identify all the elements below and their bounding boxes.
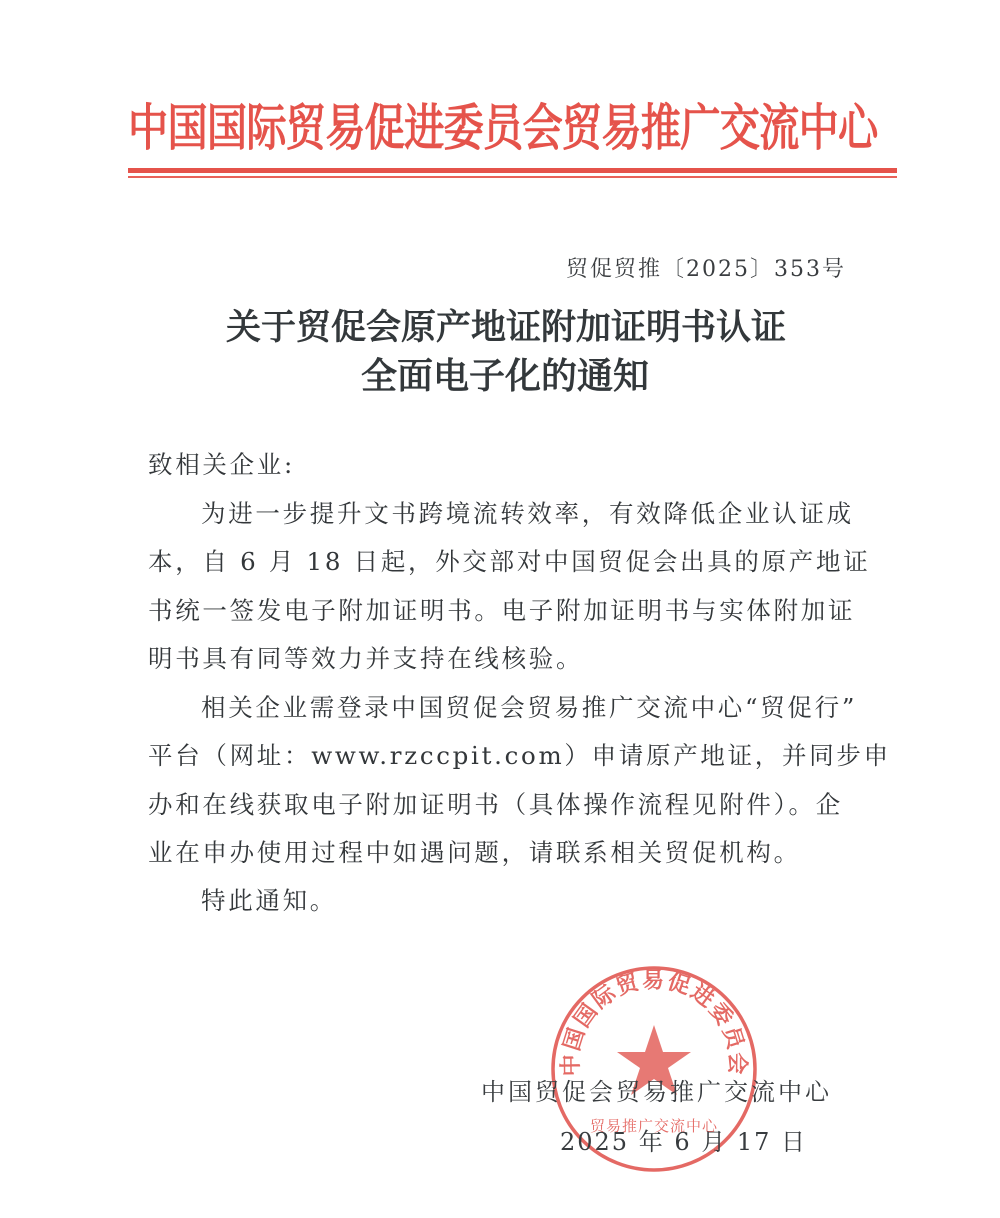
masthead-divider-thick	[128, 168, 897, 173]
paragraph-2-line-3: 办和在线获取电子附加证明书（具体操作流程见附件）。企	[148, 790, 843, 820]
closing-remark: 特此通知。	[201, 886, 337, 916]
issuer-signature: 中国贸促会贸易推广交流中心	[481, 1072, 832, 1107]
document-number: 贸促贸推〔2025〕353号	[566, 252, 846, 283]
document-title-line-2: 全面电子化的通知	[5, 348, 1000, 399]
masthead-divider-thin	[128, 176, 897, 178]
masthead: 中国国际贸易促进委员会贸易推广交流中心	[128, 98, 894, 158]
paragraph-1-line-2: 本，自 6 月 18 日起，外交部对中国贸促会出具的原产地证	[148, 547, 870, 577]
paragraph-1-line-1: 为进一步提升文书跨境流转效率，有效降低企业认证成	[201, 499, 854, 529]
salutation: 致相关企业:	[148, 450, 295, 480]
masthead-organization-name: 中国国际贸易促进委员会贸易推广交流中心	[128, 98, 877, 158]
paragraph-2-line-4: 业在申办使用过程中如遇问题，请联系相关贸促机构。	[148, 838, 801, 868]
paragraph-1-line-3: 书统一签发电子附加证明书。电子附加证明书与实体附加证	[148, 596, 855, 626]
document-title-line-1: 关于贸促会原产地证附加证明书认证	[6, 300, 1000, 350]
paragraph-2-line-1: 相关企业需登录中国贸促会贸易推广交流中心“贸促行”	[201, 693, 857, 723]
paragraph-1-line-4: 明书具有同等效力并支持在线核验。	[148, 644, 583, 674]
issue-date: 2025 年 6 月 17 日	[560, 1122, 807, 1157]
paragraph-2-line-2: 平台（网址：www.rzccpit.com）申请原产地证，并同步申	[148, 741, 891, 771]
